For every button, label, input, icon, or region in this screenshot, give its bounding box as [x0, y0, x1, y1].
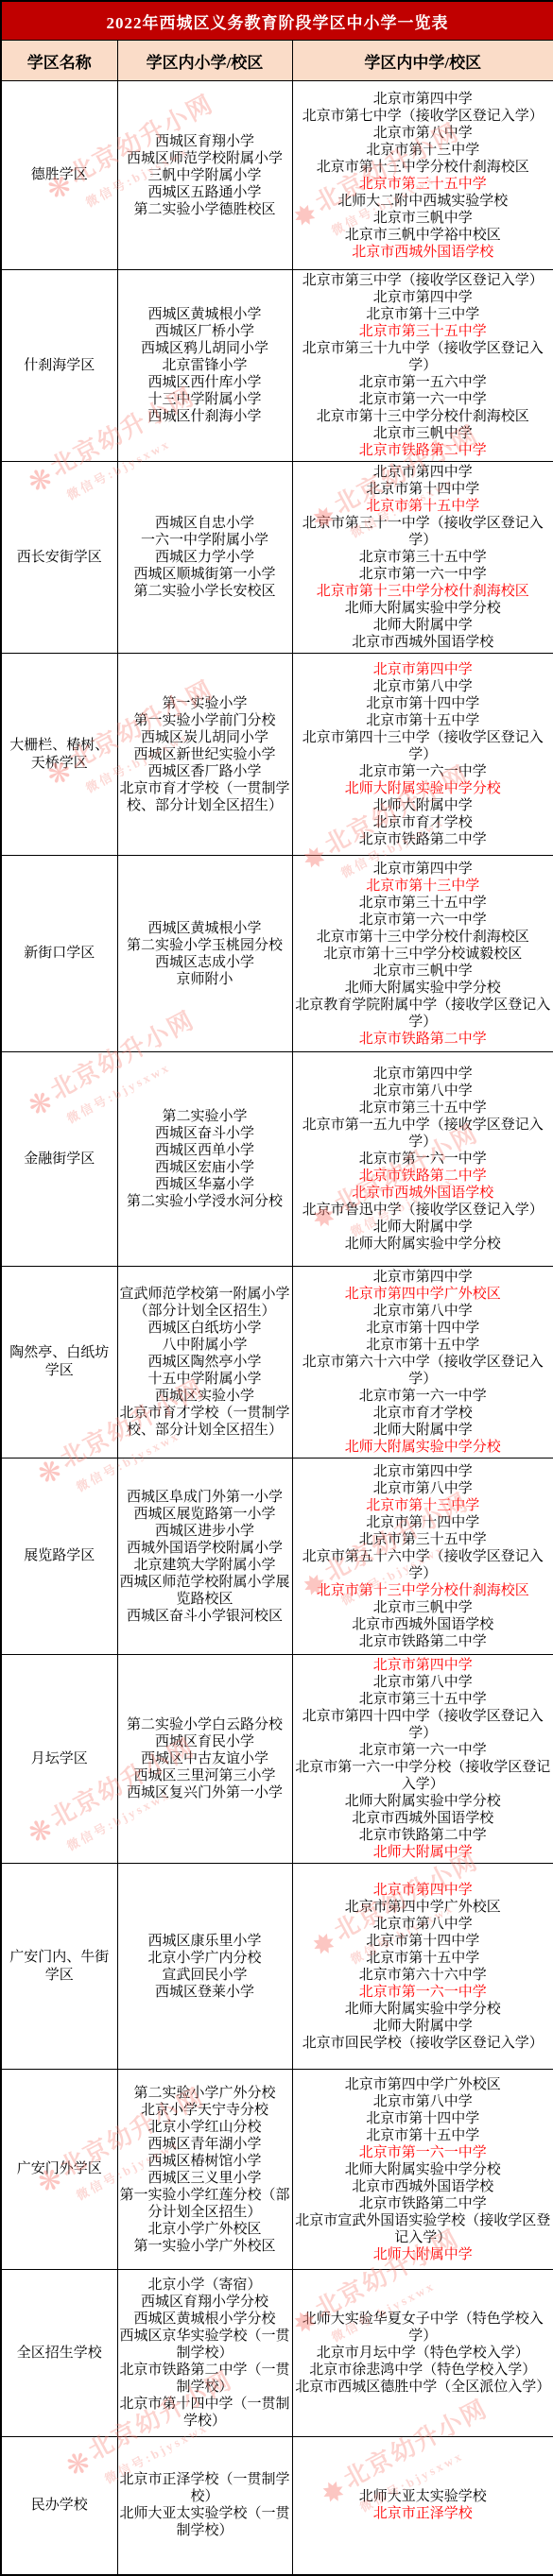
- secondary-school-item: 北京市第一六一中学: [294, 566, 553, 583]
- primary-school-item: 西城区进步小学: [119, 1523, 291, 1540]
- secondary-school-item: 北京市第四中学: [294, 289, 553, 306]
- primary-school-item: 西城区自忠小学: [119, 515, 291, 532]
- primary-school-item: 西城区黄城根小学: [119, 306, 291, 323]
- secondary-school-item: 北京市第十三中学分校什刹海校区: [294, 408, 553, 425]
- primary-school-item: 西城区黄城根小学: [119, 920, 291, 937]
- primary-school-item: 北京小学广外校区: [119, 2221, 291, 2238]
- secondary-school-item: 北京市第十五中学: [294, 2127, 553, 2144]
- secondary-school-item: 北京市第四十三中学（接收学区登记入学）: [294, 729, 553, 763]
- primary-school-item: 西城区育民小学: [119, 1733, 291, 1750]
- secondary-school-item: 北京市第六十六中学（接收学区登记入学）: [294, 1354, 553, 1388]
- secondary-schools-cell: 北京市第四中学北京市第十三中学北京市第三十五中学北京市第一六一中学北京市第十三中…: [292, 856, 553, 1052]
- primary-school-item: 北京市正泽学校（一贯制学校）: [119, 2471, 291, 2505]
- secondary-school-item: 北京市第四中学: [294, 861, 553, 878]
- primary-school-item: 宣武师范学校第一附属小学（部分计划全区招生）: [119, 1286, 291, 1320]
- primary-school-item: 十三中学附属小学: [119, 391, 291, 408]
- secondary-school-item-highlighted: 北师大附属中学: [294, 1844, 553, 1861]
- secondary-school-item: 北京市徐悲鸿中学（特色学校入学）: [294, 2362, 553, 2379]
- primary-school-item: 十五中学附属小学: [119, 1371, 291, 1388]
- secondary-school-item: 北京市第三十九中学（接收学区登记入学）: [294, 340, 553, 374]
- secondary-school-item: 北京市第十五中学: [294, 1950, 553, 1967]
- secondary-school-item-highlighted: 北师大附属中学: [294, 2246, 553, 2263]
- secondary-school-item: 北京市第六十六中学: [294, 1967, 553, 1984]
- primary-school-item: 第二实验小学白云路分校: [119, 1716, 291, 1733]
- secondary-school-item-highlighted: 北京市西城外国语学校: [294, 1185, 553, 1202]
- secondary-school-item-highlighted: 北京市铁路第二中学: [294, 1031, 553, 1048]
- secondary-school-item: 北师大二附中西城实验学校: [294, 193, 553, 210]
- primary-school-item: 西城区西单小学: [119, 1142, 291, 1159]
- primary-school-item: 西城区白纸坊小学: [119, 1320, 291, 1337]
- primary-school-item: 西城区实验小学: [119, 1388, 291, 1405]
- table-row: 什刹海学区西城区黄城根小学西城区厂桥小学西城区鸦儿胡同小学北京雷锋小学西城区西什…: [1, 270, 553, 462]
- secondary-school-item: 北京市三帆中学: [294, 1599, 553, 1616]
- district-name-cell: 广安门内、牛街学区: [1, 1864, 117, 2070]
- secondary-school-item: 北京市月坛中学（特色学校入学）: [294, 2345, 553, 2362]
- secondary-school-item: 北京市第四十四中学（接收学区登记入学）: [294, 1708, 553, 1742]
- district-name-cell: 展览路学区: [1, 1459, 117, 1655]
- secondary-school-item: 北师大实验华夏女子中学（特色学校入学）: [294, 2311, 553, 2345]
- secondary-school-item-highlighted: 北京市铁路第二中学: [294, 1168, 553, 1185]
- secondary-school-item: 北京市第三十一中学（接收学区登记入学）: [294, 515, 553, 549]
- primary-school-item: 第一实验小学: [119, 695, 291, 712]
- secondary-school-item: 北京市西城区德胜中学（全区派位入学）: [294, 2379, 553, 2396]
- primary-school-item: 八中附属小学: [119, 1337, 291, 1354]
- district-name-cell: 月坛学区: [1, 1655, 117, 1864]
- table-row: 月坛学区第二实验小学白云路分校西城区育民小学西城区中古友谊小学西城区三里河第三小…: [1, 1655, 553, 1864]
- primary-schools-cell: 西城区育翔小学西城区师范学校附属小学三帆中学附属小学西城区五路通小学第二实验小学…: [117, 81, 292, 270]
- secondary-school-item: 北京市第四中学: [294, 464, 553, 481]
- secondary-schools-cell: 北京市第四中学北京市第八中学北京市第十三中学北京市第十四中学北京市第三十五中学北…: [292, 1459, 553, 1655]
- secondary-school-item: 北京市第四中学: [294, 1269, 553, 1286]
- secondary-school-item-highlighted: 北京市第四中学: [294, 661, 553, 678]
- table-row: 金融街学区第二实验小学西城区奋斗小学西城区西单小学西城区宏庙小学西城区华嘉小学第…: [1, 1052, 553, 1267]
- secondary-school-item: 北京市回民学校（接收学区登记入学）: [294, 2035, 553, 2052]
- primary-school-item: 西城区新世纪实验小学: [119, 746, 291, 763]
- secondary-school-item-highlighted: 北京市第十三中学分校什刹海校区: [294, 583, 553, 600]
- primary-school-item: 北京小学红山分校: [119, 2119, 291, 2136]
- secondary-school-item-highlighted: 北京市第一六一中学: [294, 1984, 553, 2001]
- secondary-schools-cell: 北京市第三中学（接收学区登记入学）北京市第四中学北京市第十三中学北京市第三十五中…: [292, 270, 553, 462]
- secondary-school-item: 北京市第一六一中学: [294, 1742, 553, 1759]
- table-row: 展览路学区西城区阜成门外第一小学西城区展览路第一小学西城区进步小学西城外国语学校…: [1, 1459, 553, 1655]
- secondary-schools-cell: 北师大实验华夏女子中学（特色学校入学）北京市月坛中学（特色学校入学）北京市徐悲鸿…: [292, 2270, 553, 2437]
- secondary-school-item-highlighted: 北京市第十三中学: [294, 878, 553, 895]
- primary-school-item: 西城区黄城根小学分校: [119, 2311, 291, 2328]
- primary-school-item: 北京小学广内分校: [119, 1950, 291, 1967]
- secondary-school-item: 北京市第三十五中学: [294, 549, 553, 566]
- primary-schools-cell: 北京小学（寄宿）西城区育翔小学分校西城区黄城根小学分校西城区京华实验学校（一贯制…: [117, 2270, 292, 2437]
- secondary-school-item: 北京市西城外国语学校: [294, 634, 553, 651]
- secondary-school-item: 北京市第四中学: [294, 1463, 553, 1480]
- primary-school-item: 西城区炭儿胡同小学: [119, 729, 291, 746]
- primary-school-item: 第二实验小学: [119, 1108, 291, 1125]
- primary-school-item: 西城区力学小学: [119, 549, 291, 566]
- secondary-schools-cell: 北京市第四中学北京市第八中学北京市第三十五中学北京市第四十四中学（接收学区登记入…: [292, 1655, 553, 1864]
- secondary-school-item: 北京市第十四中学: [294, 695, 553, 712]
- secondary-school-item: 北师大附属中学: [294, 617, 553, 634]
- primary-schools-cell: 第二实验小学广外分校北京小学天宁寺分校北京小学红山分校西城区青年湖小学西城区椿树…: [117, 2070, 292, 2270]
- primary-schools-cell: 北京市正泽学校（一贯制学校）北师大亚太实验学校（一贯制学校）: [117, 2437, 292, 2575]
- primary-school-item: 西城区华嘉小学: [119, 1176, 291, 1193]
- secondary-school-item-highlighted: 北京市铁路第二中学: [294, 442, 553, 459]
- primary-school-item: 西城区师范学校附属小学: [119, 150, 291, 167]
- secondary-school-item: 北师大附属中学: [294, 2018, 553, 2035]
- primary-school-item: 北京小学天宁寺分校: [119, 2102, 291, 2119]
- table-row: 德胜学区西城区育翔小学西城区师范学校附属小学三帆中学附属小学西城区五路通小学第二…: [1, 81, 553, 270]
- primary-school-item: 北京市育才学校（一贯制学校、部分计划全区招生）: [119, 1405, 291, 1439]
- secondary-school-item: 北京市第十三中学分校诚毅校区: [294, 946, 553, 963]
- district-name-cell: 民办学校: [1, 2437, 117, 2575]
- primary-school-item: 西城区三里河第三小学: [119, 1767, 291, 1784]
- secondary-school-item: 北京市第十四中学: [294, 1933, 553, 1950]
- secondary-schools-cell: 北京市第四中学广外校区北京市第八中学北京市第十四中学北京市第十五中学北京市第一六…: [292, 2070, 553, 2270]
- primary-schools-cell: 第一实验小学第一实验小学前门分校西城区炭儿胡同小学西城区新世纪实验小学西城区香厂…: [117, 654, 292, 856]
- secondary-schools-cell: 北京市第四中学北京市第四中学广外校区北京市第八中学北京市第十四中学北京市第十五中…: [292, 1864, 553, 2070]
- district-name-cell: 德胜学区: [1, 81, 117, 270]
- primary-school-item: 西城区鸦儿胡同小学: [119, 340, 291, 357]
- primary-school-item: 第二实验小学涭水河分校: [119, 1193, 291, 1210]
- secondary-school-item: 北京教育学院附属中学（接收学区登记入学）: [294, 997, 553, 1031]
- secondary-school-item: 北京市第一五九中学（接收学区登记入学）: [294, 1117, 553, 1151]
- primary-schools-cell: 西城区黄城根小学西城区厂桥小学西城区鸦儿胡同小学北京雷锋小学西城区西什库小学十三…: [117, 270, 292, 462]
- secondary-schools-cell: 北京市第四中学北京市第八中学北京市第十四中学北京市第十五中学北京市第四十三中学（…: [292, 654, 553, 856]
- secondary-school-item: 北京市第八中学: [294, 1916, 553, 1933]
- secondary-school-item-highlighted: 北京市第四中学: [294, 1882, 553, 1899]
- secondary-school-item: 北京市第八中学: [294, 125, 553, 142]
- secondary-school-item: 北京市第十四中学: [294, 1514, 553, 1531]
- primary-schools-cell: 宣武师范学校第一附属小学（部分计划全区招生）西城区白纸坊小学八中附属小学西城区陶…: [117, 1267, 292, 1459]
- school-district-table: 2022年西城区义务教育阶段学区中小学一览表 学区名称 学区内小学/校区 学区内…: [0, 0, 553, 2576]
- secondary-school-item: 北京市第八中学: [294, 1480, 553, 1497]
- secondary-school-item: 北京市第十五中学: [294, 1337, 553, 1354]
- district-name-cell: 新街口学区: [1, 856, 117, 1052]
- primary-school-item: 西城区展览路第一小学: [119, 1506, 291, 1523]
- column-header-row: 学区名称 学区内小学/校区 学区内中学/校区: [1, 41, 553, 81]
- primary-school-item: 西城区青年湖小学: [119, 2136, 291, 2153]
- secondary-school-item-highlighted: 北京市第十五中学: [294, 498, 553, 515]
- secondary-school-item: 北京市第八中学: [294, 678, 553, 695]
- secondary-school-item: 北京市第八中学: [294, 1303, 553, 1320]
- secondary-school-item: 北京市第八中学: [294, 1083, 553, 1100]
- secondary-schools-cell: 北京市第四中学北京市第十四中学北京市第十五中学北京市第三十一中学（接收学区登记入…: [292, 462, 553, 654]
- primary-school-item: 西城区厂桥小学: [119, 323, 291, 340]
- primary-school-item: 西城外国语学校附属小学: [119, 1540, 291, 1557]
- secondary-school-item-highlighted: 北师大附属实验中学分校: [294, 1439, 553, 1456]
- secondary-school-item-highlighted: 北京市第三十五中学: [294, 323, 553, 340]
- secondary-school-item: 北师大附属中学: [294, 1422, 553, 1439]
- secondary-school-item: 北京市第三十五中学: [294, 1531, 553, 1548]
- primary-school-item: 北京市铁路第二中学（一贯制学校）: [119, 2362, 291, 2396]
- primary-school-item: 第一实验小学红莲分校（部分计划全区招生）: [119, 2187, 291, 2221]
- secondary-school-item-highlighted: 北京市西城外国语学校: [294, 244, 553, 261]
- secondary-school-item: 北京市第三十五中学: [294, 1691, 553, 1708]
- secondary-school-item: 北京市第七中学（接收学区登记入学）: [294, 108, 553, 125]
- primary-school-item: 西城区京华实验学校（一贯制学校）: [119, 2328, 291, 2362]
- secondary-school-item: 北京市第八中学: [294, 2093, 553, 2110]
- primary-school-item: 西城区奋斗小学银河校区: [119, 1608, 291, 1625]
- table-title-row: 2022年西城区义务教育阶段学区中小学一览表: [1, 1, 553, 41]
- secondary-school-item: 北京市三帆中学: [294, 963, 553, 980]
- secondary-school-item: 北京市西城外国语学校: [294, 1810, 553, 1827]
- secondary-schools-cell: 北京市第四中学北京市第八中学北京市第三十五中学北京市第一五九中学（接收学区登记入…: [292, 1052, 553, 1267]
- primary-school-item: 西城区中古友谊小学: [119, 1750, 291, 1767]
- secondary-school-item: 北京市第一六一中学: [294, 1388, 553, 1405]
- secondary-school-item-highlighted: 北京市第四中学广外校区: [294, 1286, 553, 1303]
- primary-school-item: 北京市第十四中学（一贯制学校）: [119, 2396, 291, 2430]
- secondary-school-item: 北京市铁路第二中学: [294, 831, 553, 848]
- secondary-schools-cell: 北京市第四中学北京市第四中学广外校区北京市第八中学北京市第十四中学北京市第十五中…: [292, 1267, 553, 1459]
- primary-school-item: 北京建筑大学附属小学: [119, 1557, 291, 1574]
- secondary-school-item: 北京市第一五六中学: [294, 374, 553, 391]
- primary-schools-cell: 西城区康乐里小学北京小学广内分校宣武回民小学西城区登莱小学: [117, 1864, 292, 2070]
- secondary-school-item: 北京市第十三中学分校什刹海校区: [294, 159, 553, 176]
- primary-school-item: 西城区复兴门外第一小学: [119, 1784, 291, 1801]
- district-name-cell: 广安门外学区: [1, 2070, 117, 2270]
- primary-school-item: 京师附小: [119, 971, 291, 988]
- table-row: 陶然亭、白纸坊学区宣武师范学校第一附属小学（部分计划全区招生）西城区白纸坊小学八…: [1, 1267, 553, 1459]
- primary-school-item: 宣武回民小学: [119, 1967, 291, 1984]
- table-row: 西长安街学区西城区自忠小学一六一中学附属小学西城区力学小学西城区顺城街第一小学第…: [1, 462, 553, 654]
- district-name-cell: 金融街学区: [1, 1052, 117, 1267]
- secondary-school-item-highlighted: 北京市正泽学校: [294, 2505, 553, 2522]
- primary-school-item: 北师大亚太实验学校（一贯制学校）: [119, 2505, 291, 2539]
- secondary-school-item: 北师大附属实验中学分校: [294, 2161, 553, 2178]
- secondary-school-item: 北京市第十五中学: [294, 712, 553, 729]
- secondary-school-item: 北京市鲁迅中学（接收学区登记入学）: [294, 1202, 553, 1219]
- secondary-school-item: 北京市第一六一中学: [294, 912, 553, 929]
- primary-school-item: 西城区什刹海小学: [119, 408, 291, 425]
- table-row: 民办学校北京市正泽学校（一贯制学校）北师大亚太实验学校（一贯制学校）北师大亚太实…: [1, 2437, 553, 2575]
- secondary-school-item: 北京市第一六一中学分校（接收学区登记入学）: [294, 1759, 553, 1793]
- primary-school-item: 北京小学（寄宿）: [119, 2277, 291, 2294]
- primary-school-item: 第一实验小学广外校区: [119, 2238, 291, 2255]
- primary-school-item: 北京市育才学校（一贯制学校、部分计划全区招生）: [119, 780, 291, 814]
- secondary-school-item: 北师大附属实验中学分校: [294, 1793, 553, 1810]
- table-row: 全区招生学校北京小学（寄宿）西城区育翔小学分校西城区黄城根小学分校西城区京华实验…: [1, 2270, 553, 2437]
- secondary-school-item: 北师大附属实验中学分校: [294, 2001, 553, 2018]
- secondary-school-item: 北京市育才学校: [294, 814, 553, 831]
- secondary-school-item-highlighted: 北京市第一六一中学: [294, 2144, 553, 2161]
- secondary-school-item: 北京市第十四中学: [294, 481, 553, 498]
- primary-school-item: 西城区登莱小学: [119, 1984, 291, 2001]
- primary-schools-cell: 第二实验小学西城区奋斗小学西城区西单小学西城区宏庙小学西城区华嘉小学第二实验小学…: [117, 1052, 292, 1267]
- secondary-school-item: 北京市第十四中学: [294, 1320, 553, 1337]
- primary-school-item: 西城区师范学校附属小学展览路校区: [119, 1574, 291, 1608]
- secondary-school-item: 北京市三帆中学: [294, 425, 553, 442]
- table-row: 广安门内、牛街学区西城区康乐里小学北京小学广内分校宣武回民小学西城区登莱小学北京…: [1, 1864, 553, 2070]
- secondary-school-item: 北京市育才学校: [294, 1405, 553, 1422]
- primary-school-item: 第二实验小学广外分校: [119, 2085, 291, 2102]
- secondary-school-item: 北京市第一六一中学: [294, 763, 553, 780]
- table-row: 广安门外学区第二实验小学广外分校北京小学天宁寺分校北京小学红山分校西城区青年湖小…: [1, 2070, 553, 2270]
- secondary-school-item: 北师大附属中学: [294, 797, 553, 814]
- secondary-school-item: 北京市第十四中学: [294, 2110, 553, 2127]
- secondary-school-item: 北京市三帆中学裕中校区: [294, 227, 553, 244]
- primary-school-item: 第二实验小学长安校区: [119, 583, 291, 600]
- secondary-school-item: 北京市第四中学广外校区: [294, 2076, 553, 2093]
- secondary-school-item: 北京市第四中学: [294, 1066, 553, 1083]
- primary-school-item: 西城区康乐里小学: [119, 1933, 291, 1950]
- district-name-cell: 什刹海学区: [1, 270, 117, 462]
- primary-school-item: 西城区奋斗小学: [119, 1125, 291, 1142]
- secondary-school-item: 北京市铁路第二中学: [294, 2195, 553, 2212]
- secondary-school-item: 北京市铁路第二中学: [294, 1827, 553, 1844]
- table-body: 德胜学区西城区育翔小学西城区师范学校附属小学三帆中学附属小学西城区五路通小学第二…: [1, 81, 553, 2575]
- secondary-school-item: 北京市第十三中学: [294, 306, 553, 323]
- district-name-cell: 全区招生学校: [1, 2270, 117, 2437]
- primary-school-item: 西城区顺城街第一小学: [119, 566, 291, 583]
- column-header-primary: 学区内小学/校区: [117, 41, 292, 81]
- primary-school-item: 西城区育翔小学分校: [119, 2294, 291, 2311]
- secondary-school-item: 北京市第三十五中学: [294, 895, 553, 912]
- secondary-school-item: 北京市三帆中学: [294, 210, 553, 227]
- secondary-school-item: 北京市第十三中学: [294, 142, 553, 159]
- secondary-school-item: 北京市第五十六中学（接收学区登记入学）: [294, 1548, 553, 1582]
- secondary-school-item: 北师大附属实验中学分校: [294, 980, 553, 997]
- secondary-school-item: 北京市西城外国语学校: [294, 1616, 553, 1633]
- table-row: 新街口学区西城区黄城根小学第二实验小学玉桃园分校西城区志成小学京师附小北京市第四…: [1, 856, 553, 1052]
- secondary-school-item-highlighted: 北京市第三十五中学: [294, 176, 553, 193]
- primary-school-item: 西城区西什库小学: [119, 374, 291, 391]
- primary-school-item: 西城区志成小学: [119, 954, 291, 971]
- page-title: 2022年西城区义务教育阶段学区中小学一览表: [1, 1, 553, 41]
- secondary-school-item: 北京市西城外国语学校: [294, 2178, 553, 2195]
- column-header-district: 学区名称: [1, 41, 117, 81]
- secondary-schools-cell: 北师大亚太实验学校北京市正泽学校: [292, 2437, 553, 2575]
- primary-school-item: 西城区香厂路小学: [119, 763, 291, 780]
- secondary-school-item: 北京市第四中学广外校区: [294, 1899, 553, 1916]
- primary-school-item: 西城区五路通小学: [119, 184, 291, 201]
- primary-school-item: 西城区育翔小学: [119, 133, 291, 150]
- primary-schools-cell: 西城区自忠小学一六一中学附属小学西城区力学小学西城区顺城街第一小学第二实验小学长…: [117, 462, 292, 654]
- secondary-school-item: 北京市第十三中学分校什刹海校区: [294, 929, 553, 946]
- primary-schools-cell: 西城区黄城根小学第二实验小学玉桃园分校西城区志成小学京师附小: [117, 856, 292, 1052]
- primary-school-item: 第一实验小学前门分校: [119, 712, 291, 729]
- secondary-school-item: 北京市第三十五中学: [294, 1100, 553, 1117]
- primary-schools-cell: 西城区阜成门外第一小学西城区展览路第一小学西城区进步小学西城外国语学校附属小学北…: [117, 1459, 292, 1655]
- secondary-school-item: 北京市第一六一中学: [294, 1151, 553, 1168]
- secondary-school-item: 北师大附属实验中学分校: [294, 1236, 553, 1253]
- table-row: 大栅栏、椿树、天桥学区第一实验小学第一实验小学前门分校西城区炭儿胡同小学西城区新…: [1, 654, 553, 856]
- primary-school-item: 一六一中学附属小学: [119, 532, 291, 549]
- secondary-school-item-highlighted: 北师大附属实验中学分校: [294, 780, 553, 797]
- secondary-school-item: 北京市铁路第二中学: [294, 1633, 553, 1650]
- primary-school-item: 北京雷锋小学: [119, 357, 291, 374]
- district-name-cell: 大栅栏、椿树、天桥学区: [1, 654, 117, 856]
- primary-school-item: 西城区阜成门外第一小学: [119, 1489, 291, 1506]
- secondary-school-item-highlighted: 北京市第四中学: [294, 1657, 553, 1674]
- secondary-school-item: 北师大附属实验中学分校: [294, 600, 553, 617]
- primary-school-item: 三帆中学附属小学: [119, 167, 291, 184]
- secondary-school-item-highlighted: 北京市第十三中学: [294, 1497, 553, 1514]
- secondary-school-item: 北师大附属中学: [294, 1219, 553, 1236]
- secondary-school-item: 北京市第八中学: [294, 1674, 553, 1691]
- primary-school-item: 西城区椿树馆小学: [119, 2153, 291, 2170]
- district-name-cell: 西长安街学区: [1, 462, 117, 654]
- column-header-secondary: 学区内中学/校区: [292, 41, 553, 81]
- secondary-school-item: 北京市第四中学: [294, 91, 553, 108]
- secondary-school-item: 北京市第一六一中学: [294, 391, 553, 408]
- primary-school-item: 西城区陶然亭小学: [119, 1354, 291, 1371]
- secondary-schools-cell: 北京市第四中学北京市第七中学（接收学区登记入学）北京市第八中学北京市第十三中学北…: [292, 81, 553, 270]
- secondary-school-item-highlighted: 北京市第十三中学分校什刹海校区: [294, 1582, 553, 1599]
- primary-school-item: 第二实验小学德胜校区: [119, 201, 291, 218]
- district-name-cell: 陶然亭、白纸坊学区: [1, 1267, 117, 1459]
- primary-schools-cell: 第二实验小学白云路分校西城区育民小学西城区中古友谊小学西城区三里河第三小学西城区…: [117, 1655, 292, 1864]
- primary-school-item: 西城区三义里小学: [119, 2170, 291, 2187]
- school-district-table-wrapper: 2022年西城区义务教育阶段学区中小学一览表 学区名称 学区内小学/校区 学区内…: [0, 0, 553, 2576]
- secondary-school-item: 北师大亚太实验学校: [294, 2488, 553, 2505]
- secondary-school-item: 北京市宣武外国语实验学校（接收学区登记入学）: [294, 2212, 553, 2246]
- secondary-school-item: 北京市第三中学（接收学区登记入学）: [294, 272, 553, 289]
- primary-school-item: 西城区宏庙小学: [119, 1159, 291, 1176]
- primary-school-item: 第二实验小学玉桃园分校: [119, 937, 291, 954]
